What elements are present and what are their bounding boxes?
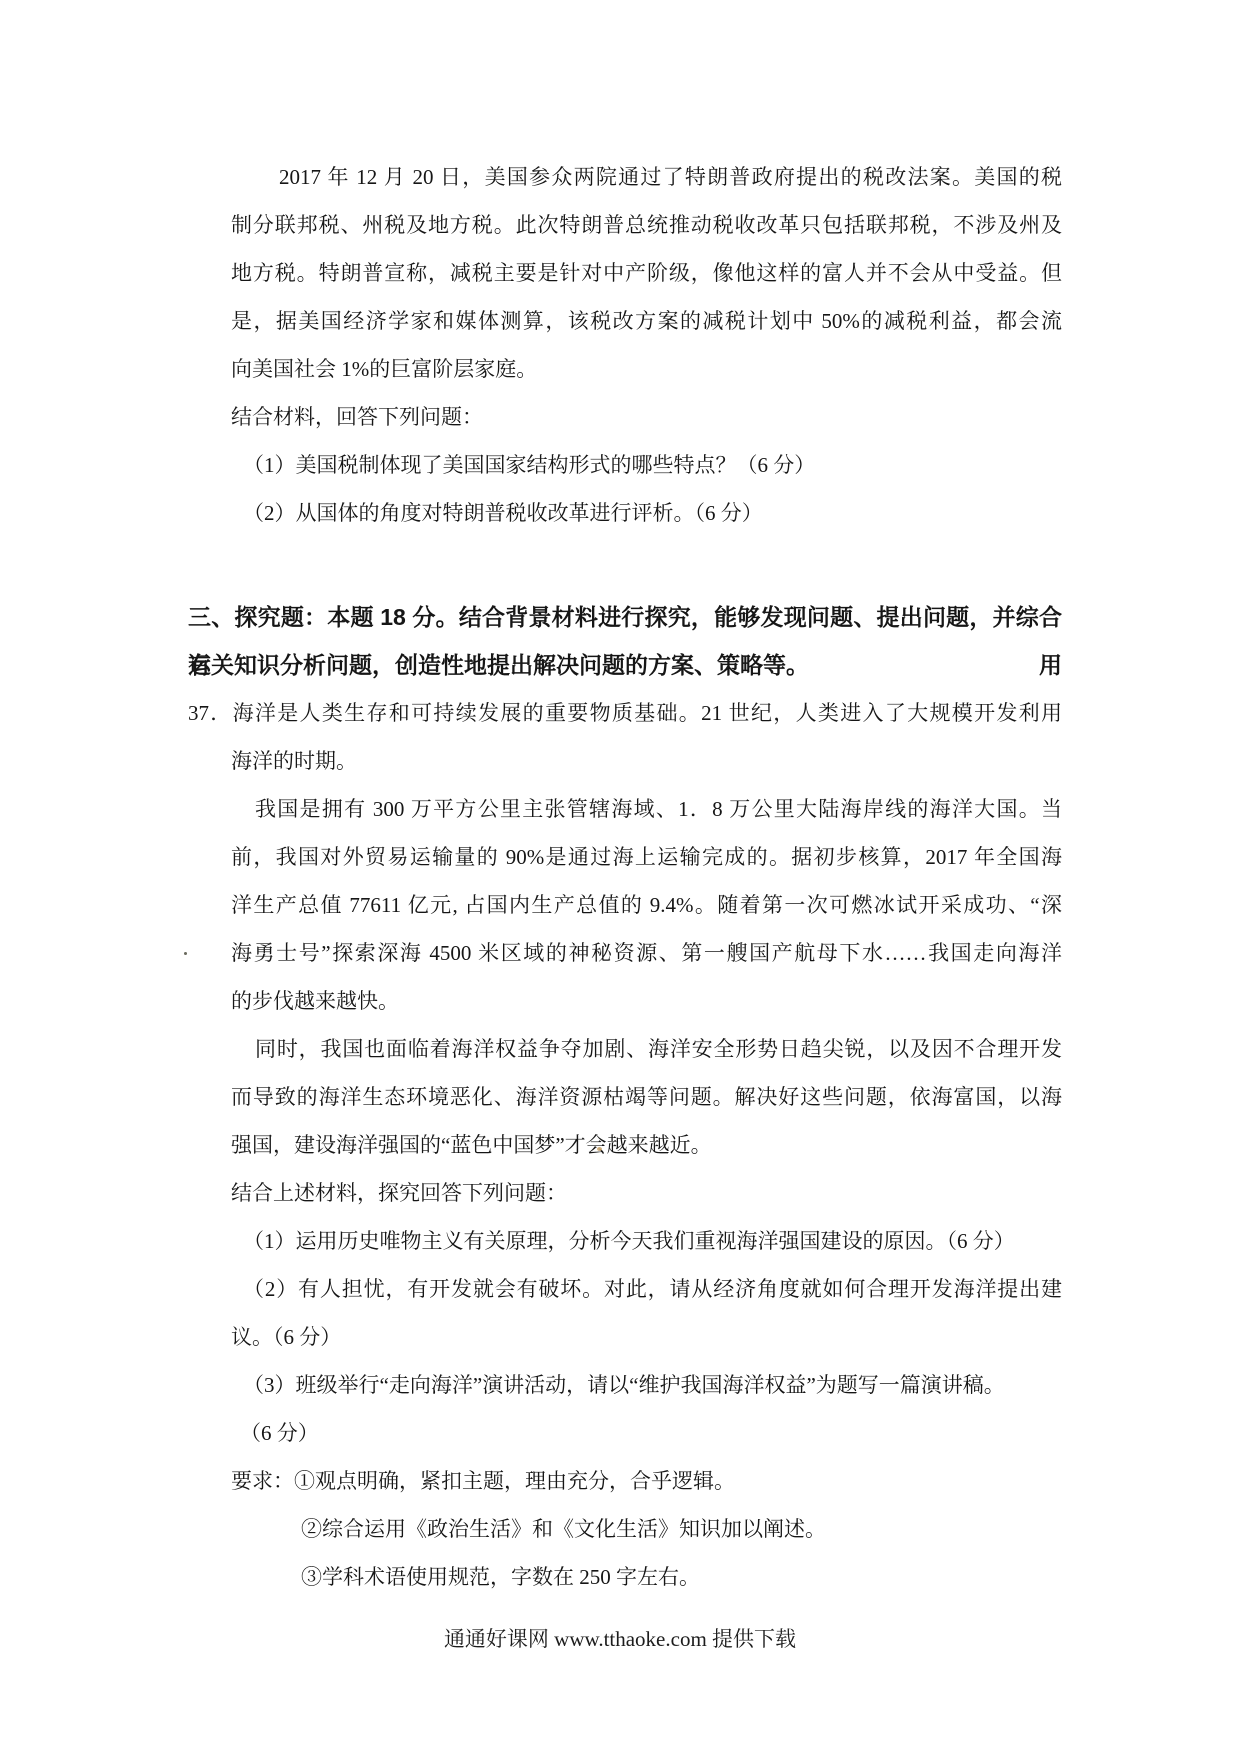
q36-sub-question-2: （2）从国体的角度对特朗普税收改革进行评析。（6 分） (243, 489, 1062, 537)
q37-sub-question-2-continuation: 议。（6 分） (231, 1313, 1062, 1361)
q36-material-line: 是，据美国经济学家和媒体测算，该税改方案的减税计划中 50%的减税利益，都会流 (231, 297, 1062, 345)
page-body: 2017 年 12 月 20 日，美国参众两院通过了特朗普政府提出的税改法案。美… (188, 153, 1062, 1601)
q37-intro-line: 37．海洋是人类生存和可持续发展的重要物质基础。21 世纪，人类进入了大规模开发… (188, 689, 1062, 737)
q37-sub-question-1: （1）运用历史唯物主义有关原理，分析今天我们重视海洋强国建设的原因。（6 分） (243, 1217, 1062, 1265)
q37-sub-question-3: （3）班级举行“走向海洋”演讲活动，请以“维护我国海洋权益”为题写一篇演讲稿。 (243, 1361, 1062, 1409)
q37-requirement-line: ③学科术语使用规范，字数在 250 字左右。 (301, 1553, 1062, 1601)
section3-heading-line: 三、探究题：本题 18 分。结合背景材料进行探究，能够发现问题、提出问题，并综合… (188, 593, 1062, 641)
q37-sub-question-2: （2）有人担忧，有开发就会有破坏。对此，请从经济角度就如何合理开发海洋提出建 (243, 1265, 1062, 1313)
scan-artifact-dot (184, 952, 187, 955)
q37-material-line: 而导致的海洋生态环境恶化、海洋资源枯竭等问题。解决好这些问题，依海富国，以海 (231, 1073, 1062, 1121)
section-spacer (188, 537, 1062, 593)
q37-sub-question-3-score: （6 分） (240, 1409, 1062, 1457)
q36-material-line: 2017 年 12 月 20 日，美国参众两院通过了特朗普政府提出的税改法案。美… (279, 153, 1062, 201)
q37-material-line: 前，我国对外贸易运输量的 90%是通过海上运输完成的。据初步核算，2017 年全… (231, 833, 1062, 881)
q37-material-line: 我国是拥有 300 万平方公里主张管辖海域、1．8 万公里大陆海岸线的海洋大国。… (255, 785, 1062, 833)
footer-credit: 通通好课网 www.tthaoke.com 提供下载 (0, 1615, 1240, 1663)
q36-material-line: 向美国社会 1%的巨富阶层家庭。 (231, 345, 1062, 393)
q37-material-line: 强国，建设海洋强国的“蓝色中国梦”才会越来越近。 (231, 1121, 1062, 1169)
q37-requirement-line: 要求：①观点明确，紧扣主题，理由充分，合乎逻辑。 (231, 1457, 1062, 1505)
q37-requirement-line: ②综合运用《政治生活》和《文化生活》知识加以阐述。 (301, 1505, 1062, 1553)
q36-material-line: 制分联邦税、州税及地方税。此次特朗普总统推动税收改革只包括联邦税，不涉及州及 (231, 201, 1062, 249)
scan-artifact-dot (597, 1147, 602, 1151)
q36-material-line: 地方税。特朗普宣称，减税主要是针对中产阶级，像他这样的富人并不会从中受益。但 (231, 249, 1062, 297)
q37-material-line: 海勇士号”探索深海 4500 米区域的神秘资源、第一艘国产航母下水……我国走向海… (231, 929, 1062, 977)
q37-material-line: 同时，我国也面临着海洋权益争夺加剧、海洋安全形势日趋尖锐，以及因不合理开发 (255, 1025, 1062, 1073)
q37-material-line: 的步伐越来越快。 (231, 977, 1062, 1025)
q37-material-line: 洋生产总值 77611 亿元, 占国内生产总值的 9.4%。随着第一次可燃冰试开… (231, 881, 1062, 929)
exam-paper-page: 2017 年 12 月 20 日，美国参众两院通过了特朗普政府提出的税改法案。美… (0, 0, 1240, 1754)
q37-intro-line: 海洋的时期。 (231, 737, 1062, 785)
q36-prompt: 结合材料，回答下列问题： (231, 393, 1062, 441)
q36-sub-question-1: （1）美国税制体现了美国国家结构形式的哪些特点？（6 分） (243, 441, 1062, 489)
q37-prompt: 结合上述材料，探究回答下列问题： (231, 1169, 1062, 1217)
